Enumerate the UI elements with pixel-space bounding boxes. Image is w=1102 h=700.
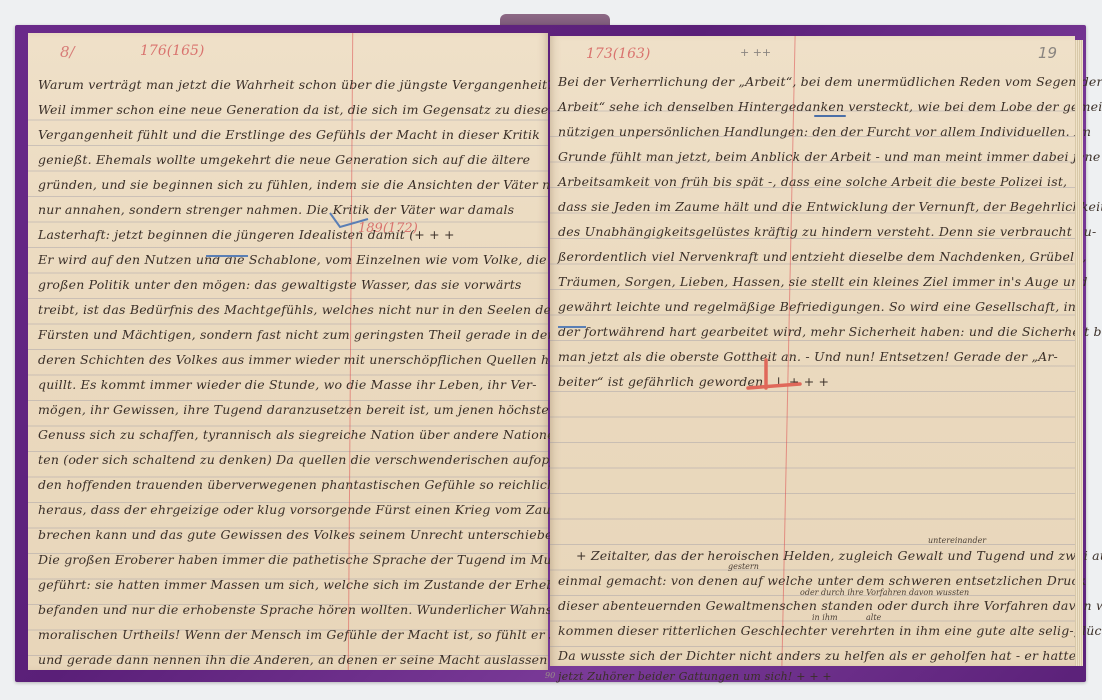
text-line: nützigen unpersönlichen Handlungen: den … xyxy=(558,124,1091,139)
text-line: Weil immer schon eine neue Generation da… xyxy=(38,102,555,117)
text-line: Fürsten und Mächtigen, sondern fast nich… xyxy=(38,327,584,342)
blue-check-mark xyxy=(328,211,378,233)
text-line: Träumen, Sorgen, Lieben, Hassen, sie ste… xyxy=(558,274,1088,289)
interlinear-addition: gestern xyxy=(728,562,759,571)
text-line: Arbeitsamkeit von früh bis spät -, dass … xyxy=(558,174,1067,189)
text-line: gewährt leichte und regelmäßige Befriedi… xyxy=(558,299,1076,314)
interlinear-addition: alte xyxy=(866,613,881,622)
text-line: deren Schichten des Volkes aus immer wie… xyxy=(38,352,589,367)
text-line: dass sie Jeden im Zaume hält und die Ent… xyxy=(558,199,1102,214)
text-line: nur annahen, sondern strenger nahmen. Di… xyxy=(38,202,514,217)
text-line: Da wusste sich der Dichter nicht anders … xyxy=(558,648,1076,663)
text-line: Er wird auf den Nutzen und die Schablone… xyxy=(38,252,547,267)
text-line: Lasterhaft: jetzt beginnen die jüngeren … xyxy=(38,227,455,242)
text-line: Die großen Eroberer haben immer die path… xyxy=(38,552,576,567)
bottom-page-number: 90 xyxy=(545,671,555,680)
blue-underline xyxy=(558,326,586,328)
text-line: und gerade dann nennen ihn die Anderen, … xyxy=(38,652,548,667)
text-line: Warum verträgt man jetzt die Wahrheit sc… xyxy=(38,77,554,92)
text-line: mögen, ihr Gewissen, ihre Tugend daranzu… xyxy=(38,402,557,417)
interlinear-addition: untereinander xyxy=(928,536,986,545)
text-line: Vergangenheit fühlt und die Erstlinge de… xyxy=(38,127,540,142)
interlinear-addition: in ihm xyxy=(812,613,838,622)
text-line: der fortwährend hart gearbeitet wird, me… xyxy=(558,324,1102,339)
text-line: ten (oder sich schaltend zu denken) Da q… xyxy=(38,452,581,467)
text-line: moralischen Urtheils! Wenn der Mensch im… xyxy=(38,627,605,642)
text-line: quillt. Es kommt immer wieder die Stunde… xyxy=(38,377,537,392)
pencil-crosses-top: + ++ xyxy=(740,46,771,59)
blue-underline xyxy=(206,255,248,257)
left-page: 8/ 176(165) 189(172) Warum verträgt man … xyxy=(28,33,548,670)
text-line: + Zeitalter, das der heroischen Helden, … xyxy=(576,548,1102,563)
text-line: genießt. Ehemals wollte umgekehrt die ne… xyxy=(38,152,530,167)
text-line: kommen dieser ritterlichen Geschlechter … xyxy=(558,623,1102,638)
text-line: geführt: sie hatten immer Massen um sich… xyxy=(38,577,579,592)
text-line: dieser abenteuernden Gewaltmenschen stan… xyxy=(558,598,1102,613)
text-line: gründen, und sie beginnen sich zu fühlen… xyxy=(38,177,575,192)
text-line: Grunde fühlt man jetzt, beim Anblick der… xyxy=(558,149,1102,164)
text-line: einmal gemacht: von denen auf welche unt… xyxy=(558,573,1086,588)
blue-underline xyxy=(814,115,846,117)
interlinear-addition: oder durch ihre Vorfahren davon wussten xyxy=(800,588,969,597)
text-line: des Unabhängigkeitsgelüstes kräftig zu h… xyxy=(558,224,1096,239)
right-page: 173(163) + ++ 19 Bei der Verherrlichung … xyxy=(550,36,1075,666)
text-line: heraus, dass der ehrgeizige oder klug vo… xyxy=(38,502,567,517)
text-line: man jetzt als die oberste Gottheit an. -… xyxy=(558,349,1058,364)
text-line: brechen kann und das gute Gewissen des V… xyxy=(38,527,601,542)
red-page-reference: 173(163) xyxy=(586,46,650,62)
text-line: Genuss sich zu schaffen, tyrannisch als … xyxy=(38,427,625,442)
text-line: Bei der Verherrlichung der „Arbeit“, bei… xyxy=(558,74,1102,89)
pencil-mark: 8/ xyxy=(60,43,75,61)
page-number: 19 xyxy=(1038,44,1057,62)
red-insertion-mark xyxy=(746,358,806,394)
text-line: großen Politik unter den mögen: das gewa… xyxy=(38,277,522,292)
text-line: jetzt Zuhörer beider Gattungen um sich! … xyxy=(558,670,832,683)
text-line: den hoffenden trauenden überverwegenen p… xyxy=(38,477,555,492)
text-line: ßerordentlich viel Nervenkraft und entzi… xyxy=(558,249,1087,264)
text-line: treibt, ist das Bedürfnis des Machtgefüh… xyxy=(38,302,557,317)
red-page-reference: 176(165) xyxy=(140,43,204,59)
text-line: Arbeit“ sehe ich denselben Hintergedanke… xyxy=(558,99,1102,114)
text-line: befanden und nur die erhobenste Sprache … xyxy=(38,602,600,617)
